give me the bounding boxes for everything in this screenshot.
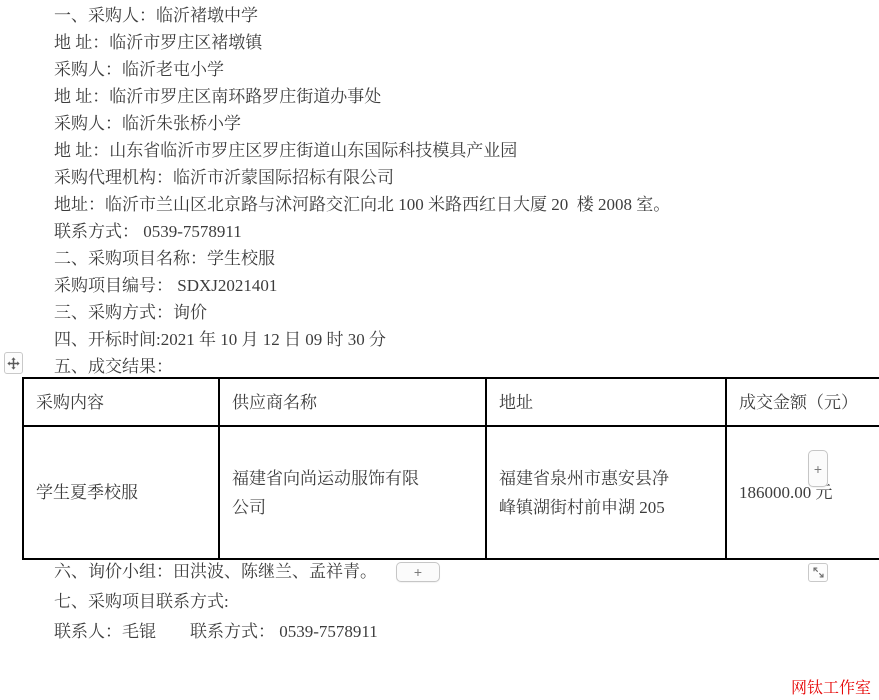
table-resize-handle[interactable] <box>808 563 828 582</box>
insert-row-button[interactable]: + <box>396 562 440 582</box>
results-table: 采购内容 供应商名称 地址 成交金额（元） 学生夏季校服 福建省向尚运动服饰有限… <box>22 377 879 560</box>
paragraph-contact-person: 联系人：毛锟 联系方式： 0539-7578911 <box>54 617 814 647</box>
paragraph-agency: 采购代理机构：临沂市沂蒙国际招标有限公司 <box>54 164 814 191</box>
header-cell-address: 地址 <box>486 378 726 426</box>
document-page: 一、采购人：临沂褚墩中学 地 址：临沂市罗庄区褚墩镇 采购人：临沂老屯小学 地 … <box>0 0 879 700</box>
table-header-row: 采购内容 供应商名称 地址 成交金额（元） <box>23 378 879 426</box>
cell-supplier: 福建省向尚运动服饰有限 公司 <box>219 426 486 559</box>
paragraph-agency-phone: 联系方式： 0539-7578911 <box>54 218 814 245</box>
paragraph-project-number: 采购项目编号： SDXJ2021401 <box>54 272 814 299</box>
table-row: 学生夏季校服 福建省向尚运动服饰有限 公司 福建省泉州市惠安县净 峰镇湖街村前申… <box>23 426 879 559</box>
paragraph-bid-opening-time: 四、开标时间:2021 年 10 月 12 日 09 时 30 分 <box>54 326 814 353</box>
document-body: 一、采购人：临沂褚墩中学 地 址：临沂市罗庄区褚墩镇 采购人：临沂老屯小学 地 … <box>54 2 814 380</box>
paragraph-purchaser-2: 采购人：临沂老屯小学 <box>54 56 814 83</box>
insert-column-button[interactable]: + <box>808 450 828 487</box>
header-cell-content: 采购内容 <box>23 378 219 426</box>
header-cell-supplier: 供应商名称 <box>219 378 486 426</box>
paragraph-project-name: 二、采购项目名称：学生校服 <box>54 245 814 272</box>
watermark: 网钛工作室 <box>791 675 871 698</box>
table-move-handle[interactable] <box>4 352 23 374</box>
header-cell-amount: 成交金额（元） <box>726 378 879 426</box>
paragraph-purchaser-1: 一、采购人：临沂褚墩中学 <box>54 2 814 29</box>
paragraph-contact-heading: 七、采购项目联系方式: <box>54 587 814 617</box>
paragraph-procurement-method: 三、采购方式：询价 <box>54 299 814 326</box>
cell-amount: 186000.00 元 <box>726 426 879 559</box>
paragraph-address-3: 地 址：山东省临沂市罗庄区罗庄街道山东国际科技模具产业园 <box>54 137 814 164</box>
paragraph-result-heading: 五、成交结果： <box>54 353 814 380</box>
move-icon <box>7 357 20 370</box>
paragraph-purchaser-3: 采购人：临沂朱张桥小学 <box>54 110 814 137</box>
plus-icon: + <box>414 564 422 580</box>
paragraph-address-2: 地 址：临沂市罗庄区南环路罗庄街道办事处 <box>54 83 814 110</box>
cell-content: 学生夏季校服 <box>23 426 219 559</box>
plus-icon: + <box>814 461 822 477</box>
cell-address: 福建省泉州市惠安县净 峰镇湖街村前申湖 205 <box>486 426 726 559</box>
paragraph-address-1: 地 址：临沂市罗庄区褚墩镇 <box>54 29 814 56</box>
resize-diagonal-icon <box>812 566 825 579</box>
paragraph-agency-address: 地址：临沂市兰山区北京路与沭河路交汇向北 100 米路西红日大厦 20 楼 20… <box>54 191 814 218</box>
